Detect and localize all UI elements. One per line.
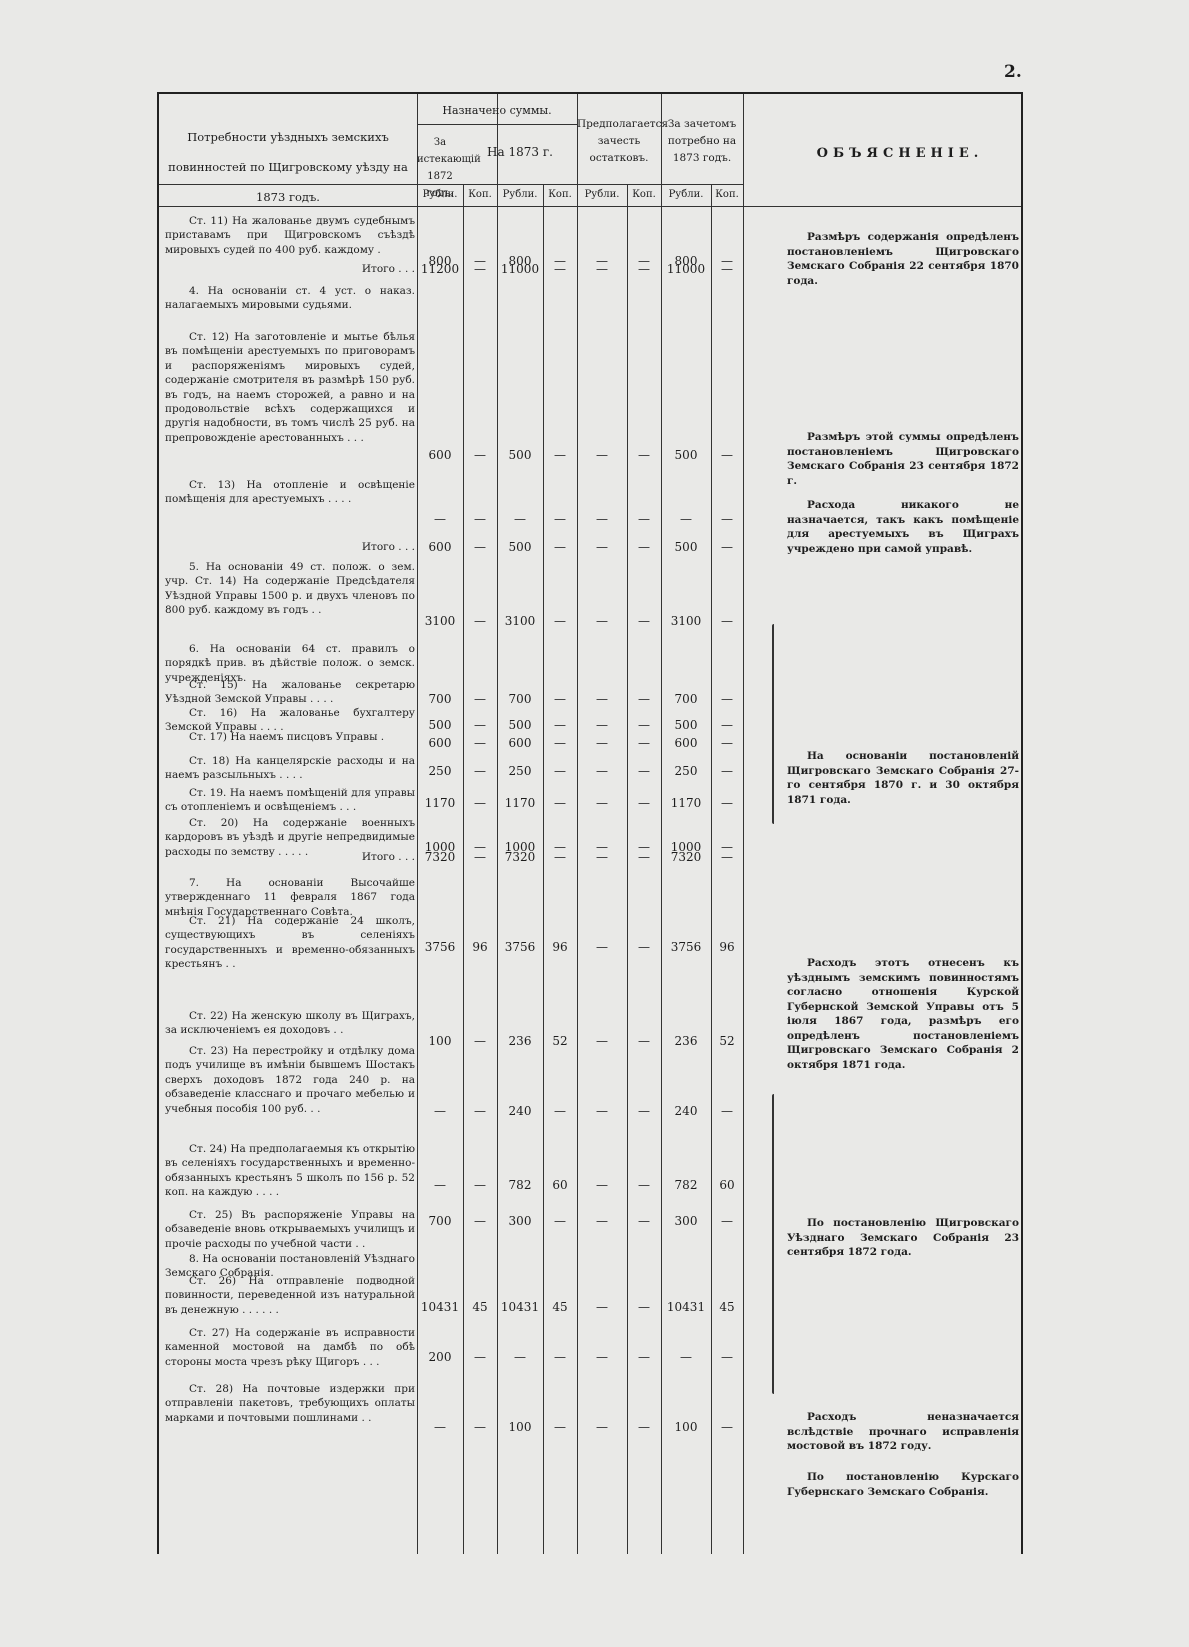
rubles-value: 10431 (497, 1300, 543, 1314)
rubles-value: 3756 (661, 940, 711, 954)
kopecks-value: — (711, 262, 743, 276)
row-description: Ст. 27) На содержаніе въ исправности кам… (165, 1326, 415, 1369)
col-divider (711, 184, 712, 1554)
kopecks-value: — (711, 512, 743, 526)
kopecks-value: — (543, 448, 577, 462)
rubles-value: 500 (417, 718, 463, 732)
row-description: Ст. 12) На заготовленіе и мытье бѣлья въ… (165, 330, 415, 445)
kopecks-value: 96 (463, 940, 497, 954)
rubles-value: 500 (497, 448, 543, 462)
kopecks-value: — (463, 1214, 497, 1228)
unit-rub: Рубли. (577, 184, 627, 206)
kopecks-value: — (543, 736, 577, 750)
kopecks-value: — (463, 1104, 497, 1118)
rubles-value: 240 (497, 1104, 543, 1118)
row-description: Ст. 18) На канцелярскіе расходы и на нае… (165, 754, 415, 783)
rubles-value: — (417, 512, 463, 526)
kopecks-value: — (627, 764, 661, 778)
rubles-value: 500 (497, 718, 543, 732)
rubles-value: 600 (417, 736, 463, 750)
kopecks-value: — (711, 718, 743, 732)
rubles-value: — (577, 850, 627, 864)
rubles-value: 10431 (417, 1300, 463, 1314)
rubles-value: — (577, 796, 627, 810)
kopecks-value: — (711, 1214, 743, 1228)
rubles-value: 3756 (417, 940, 463, 954)
col-divider (543, 184, 544, 1554)
kopecks-value: 96 (543, 940, 577, 954)
kopecks-value: — (627, 1214, 661, 1228)
rubles-value: 782 (497, 1178, 543, 1192)
kopecks-value: — (711, 736, 743, 750)
rubles-value: 250 (417, 764, 463, 778)
col-divider (743, 94, 744, 1554)
kopecks-value: — (463, 540, 497, 554)
rubles-value: — (577, 940, 627, 954)
rubles-value: — (577, 1178, 627, 1192)
kopecks-value: — (543, 1350, 577, 1364)
rubles-value: 782 (661, 1178, 711, 1192)
kopecks-value: — (543, 1104, 577, 1118)
rubles-value: 1170 (661, 796, 711, 810)
rubles-value: — (417, 1420, 463, 1434)
kopecks-value: — (463, 764, 497, 778)
rubles-value: 3756 (497, 940, 543, 954)
page-number: 2. (1004, 62, 1022, 82)
budget-table: Потребности уѣздныхъ земскихъ повинносте… (157, 92, 1023, 1554)
header-1873: На 1873 г. (463, 144, 577, 161)
kopecks-value: — (463, 262, 497, 276)
kopecks-value: 60 (711, 1178, 743, 1192)
kopecks-value: 60 (543, 1178, 577, 1192)
kopecks-value: — (627, 796, 661, 810)
kopecks-value: — (463, 614, 497, 628)
header-rule (417, 124, 577, 125)
kopecks-value: — (627, 736, 661, 750)
unit-kop: Коп. (711, 184, 743, 206)
explanation-7: Расходъ неназначается вслѣдствіе прочнаг… (787, 1410, 1019, 1454)
kopecks-value: — (627, 692, 661, 706)
kopecks-value: — (711, 540, 743, 554)
kopecks-value: — (543, 796, 577, 810)
rubles-value: — (577, 764, 627, 778)
kopecks-value: — (627, 1300, 661, 1314)
rubles-value: 100 (417, 1034, 463, 1048)
kopecks-value: — (543, 614, 577, 628)
kopecks-value: — (711, 764, 743, 778)
unit-rub: Рубли. (417, 184, 463, 206)
rubles-value: 250 (661, 764, 711, 778)
kopecks-value: — (627, 940, 661, 954)
brace (772, 624, 774, 824)
rubles-value: 500 (497, 540, 543, 554)
rubles-value: — (577, 1420, 627, 1434)
row-description: Ст. 28) На почтовые издержки при отправл… (165, 1382, 415, 1425)
kopecks-value: — (463, 736, 497, 750)
rubles-value: 500 (661, 718, 711, 732)
rubles-value: 3100 (497, 614, 543, 628)
kopecks-value: — (463, 1350, 497, 1364)
kopecks-value: — (543, 692, 577, 706)
kopecks-value: — (711, 1104, 743, 1118)
rubles-value: — (661, 512, 711, 526)
header-needed: За зачетомъ потребно на 1873 годъ. (661, 116, 743, 167)
kopecks-value: — (463, 1034, 497, 1048)
rubles-value: 1170 (417, 796, 463, 810)
rubles-value: 600 (417, 540, 463, 554)
kopecks-value: — (627, 718, 661, 732)
row-description: Ст. 17) На наемъ писцовъ Управы . (165, 730, 415, 744)
row-description: 5. На основаніи 49 ст. полож. о зем. учр… (165, 560, 415, 618)
explanation-6: По постановленію Щигровскаго Уѣзднаго Зе… (787, 1216, 1019, 1260)
rubles-value: 3100 (417, 614, 463, 628)
kopecks-value: — (627, 1350, 661, 1364)
explanation-3: Расхода никакого не назначается, такъ ка… (787, 498, 1019, 556)
row-description: 4. На основаніи ст. 4 уст. о наказ. нала… (165, 284, 415, 313)
kopecks-value: — (711, 692, 743, 706)
kopecks-value: 52 (543, 1034, 577, 1048)
rubles-value: 600 (417, 448, 463, 462)
unit-kop: Коп. (627, 184, 661, 206)
kopecks-value: — (627, 1178, 661, 1192)
rubles-value: 7320 (417, 850, 463, 864)
rubles-value: 11000 (497, 262, 543, 276)
col-divider (417, 94, 418, 1554)
row-description: Ст. 11) На жалованье двумъ судебнымъ при… (165, 214, 415, 257)
col-divider (463, 184, 464, 1554)
row-description: Ст. 24) На предполагаемыя къ открытію въ… (165, 1142, 415, 1200)
kopecks-value: — (543, 1214, 577, 1228)
kopecks-value: 45 (463, 1300, 497, 1314)
row-description: Ст. 15) На жалованье секретарю Уѣздной З… (165, 678, 415, 707)
unit-rub: Рубли. (661, 184, 711, 206)
kopecks-value: — (627, 1034, 661, 1048)
rubles-value: — (497, 512, 543, 526)
row-description: Ст. 25) Въ распоряженіе Управы на обзаве… (165, 1208, 415, 1251)
rubles-value: — (577, 1300, 627, 1314)
row-description: Ст. 26) На отправленіе подводной повинно… (165, 1274, 415, 1317)
row-description: Ст. 22) На женскую школу въ Щиграхъ, за … (165, 1009, 415, 1038)
rubles-value: — (577, 1350, 627, 1364)
rubles-value: — (577, 1214, 627, 1228)
unit-kop: Коп. (463, 184, 497, 206)
rubles-value: 600 (661, 736, 711, 750)
kopecks-value: — (463, 718, 497, 732)
rubles-value: — (577, 262, 627, 276)
header-explanation: ОБЪЯСНЕНІЕ. (779, 146, 1021, 161)
kopecks-value: — (627, 512, 661, 526)
kopecks-value: — (627, 1420, 661, 1434)
rubles-value: 100 (661, 1420, 711, 1434)
rubles-value: 7320 (497, 850, 543, 864)
rubles-value: — (577, 718, 627, 732)
kopecks-value: — (711, 1350, 743, 1364)
unit-rub: Рубли. (497, 184, 543, 206)
rubles-value: 11200 (417, 262, 463, 276)
rubles-value: 240 (661, 1104, 711, 1118)
rubles-value: — (577, 614, 627, 628)
header-remainder: Предполагается зачесть остатковъ. (577, 116, 661, 167)
kopecks-value: — (711, 796, 743, 810)
row-description: Итого . . . (165, 850, 415, 864)
rubles-value: 700 (497, 692, 543, 706)
row-description: Итого . . . (165, 262, 415, 276)
kopecks-value: — (627, 1104, 661, 1118)
rubles-value: — (417, 1104, 463, 1118)
row-description: Ст. 19. На наемъ помѣщеній для управы съ… (165, 786, 415, 815)
kopecks-value: — (463, 512, 497, 526)
rubles-value: 500 (661, 540, 711, 554)
rubles-value: 700 (417, 1214, 463, 1228)
kopecks-value: — (543, 850, 577, 864)
kopecks-value: — (463, 796, 497, 810)
rubles-value: 500 (661, 448, 711, 462)
rubles-value: 700 (417, 692, 463, 706)
kopecks-value: 45 (543, 1300, 577, 1314)
kopecks-value: — (543, 512, 577, 526)
rubles-value: — (577, 1104, 627, 1118)
rubles-value: 100 (497, 1420, 543, 1434)
col-divider (497, 94, 498, 1554)
rubles-value: — (577, 512, 627, 526)
kopecks-value: — (463, 850, 497, 864)
kopecks-value: — (543, 718, 577, 732)
kopecks-value: — (463, 692, 497, 706)
kopecks-value: — (463, 1420, 497, 1434)
rubles-value: 200 (417, 1350, 463, 1364)
rubles-value: 3100 (661, 614, 711, 628)
header-assigned: Назначено суммы. (417, 102, 577, 119)
row-description: Ст. 21) На содержаніе 24 школъ, существу… (165, 914, 415, 972)
kopecks-value: 96 (711, 940, 743, 954)
kopecks-value: — (711, 850, 743, 864)
rubles-value: 236 (497, 1034, 543, 1048)
col-divider (661, 94, 662, 1554)
row-description: 7. На основаніи Высочайше утвержденнаго … (165, 876, 415, 919)
kopecks-value: — (711, 1420, 743, 1434)
kopecks-value: — (627, 448, 661, 462)
col-divider (577, 94, 578, 1554)
rubles-value: — (577, 540, 627, 554)
rubles-value: 7320 (661, 850, 711, 864)
rubles-value: 1170 (497, 796, 543, 810)
kopecks-value: 45 (711, 1300, 743, 1314)
kopecks-value: — (543, 1420, 577, 1434)
rubles-value: — (417, 1178, 463, 1192)
rubles-value: — (577, 448, 627, 462)
rubles-value: 10431 (661, 1300, 711, 1314)
kopecks-value: — (711, 614, 743, 628)
rubles-value: — (577, 736, 627, 750)
brace (772, 1094, 774, 1394)
kopecks-value: 52 (711, 1034, 743, 1048)
kopecks-value: — (463, 448, 497, 462)
rubles-value: — (577, 1034, 627, 1048)
rubles-value: — (577, 692, 627, 706)
rubles-value: — (661, 1350, 711, 1364)
explanation-5: Расходъ этотъ отнесенъ къ уѣзднымъ земск… (787, 956, 1019, 1072)
row-description: Ст. 23) На перестройку и отдѣлку дома по… (165, 1044, 415, 1116)
unit-kop: Коп. (543, 184, 577, 206)
kopecks-value: — (711, 448, 743, 462)
kopecks-value: — (543, 262, 577, 276)
rubles-value: — (497, 1350, 543, 1364)
row-description: Итого . . . (165, 540, 415, 554)
kopecks-value: — (627, 540, 661, 554)
kopecks-value: — (543, 764, 577, 778)
col-divider (627, 184, 628, 1554)
explanation-4: На основаніи постановленій Щигровскаго З… (787, 749, 1019, 807)
kopecks-value: — (543, 540, 577, 554)
kopecks-value: — (627, 850, 661, 864)
kopecks-value: — (627, 614, 661, 628)
explanation-1: Размѣръ содержанія опредѣленъ постановле… (787, 230, 1019, 288)
rubles-value: 11000 (661, 262, 711, 276)
kopecks-value: — (463, 1178, 497, 1192)
kopecks-value: — (627, 262, 661, 276)
explanation-8: По постановленію Курскаго Губернскаго Зе… (787, 1470, 1019, 1499)
rubles-value: 700 (661, 692, 711, 706)
rubles-value: 250 (497, 764, 543, 778)
rubles-value: 236 (661, 1034, 711, 1048)
header-description: Потребности уѣздныхъ земскихъ повинносте… (163, 122, 413, 212)
row-description: Ст. 13) На отопленіе и освѣщеніе помѣщен… (165, 478, 415, 507)
rubles-value: 300 (661, 1214, 711, 1228)
rubles-value: 600 (497, 736, 543, 750)
rubles-value: 300 (497, 1214, 543, 1228)
explanation-2: Размѣръ этой суммы опредѣленъ постановле… (787, 430, 1019, 488)
